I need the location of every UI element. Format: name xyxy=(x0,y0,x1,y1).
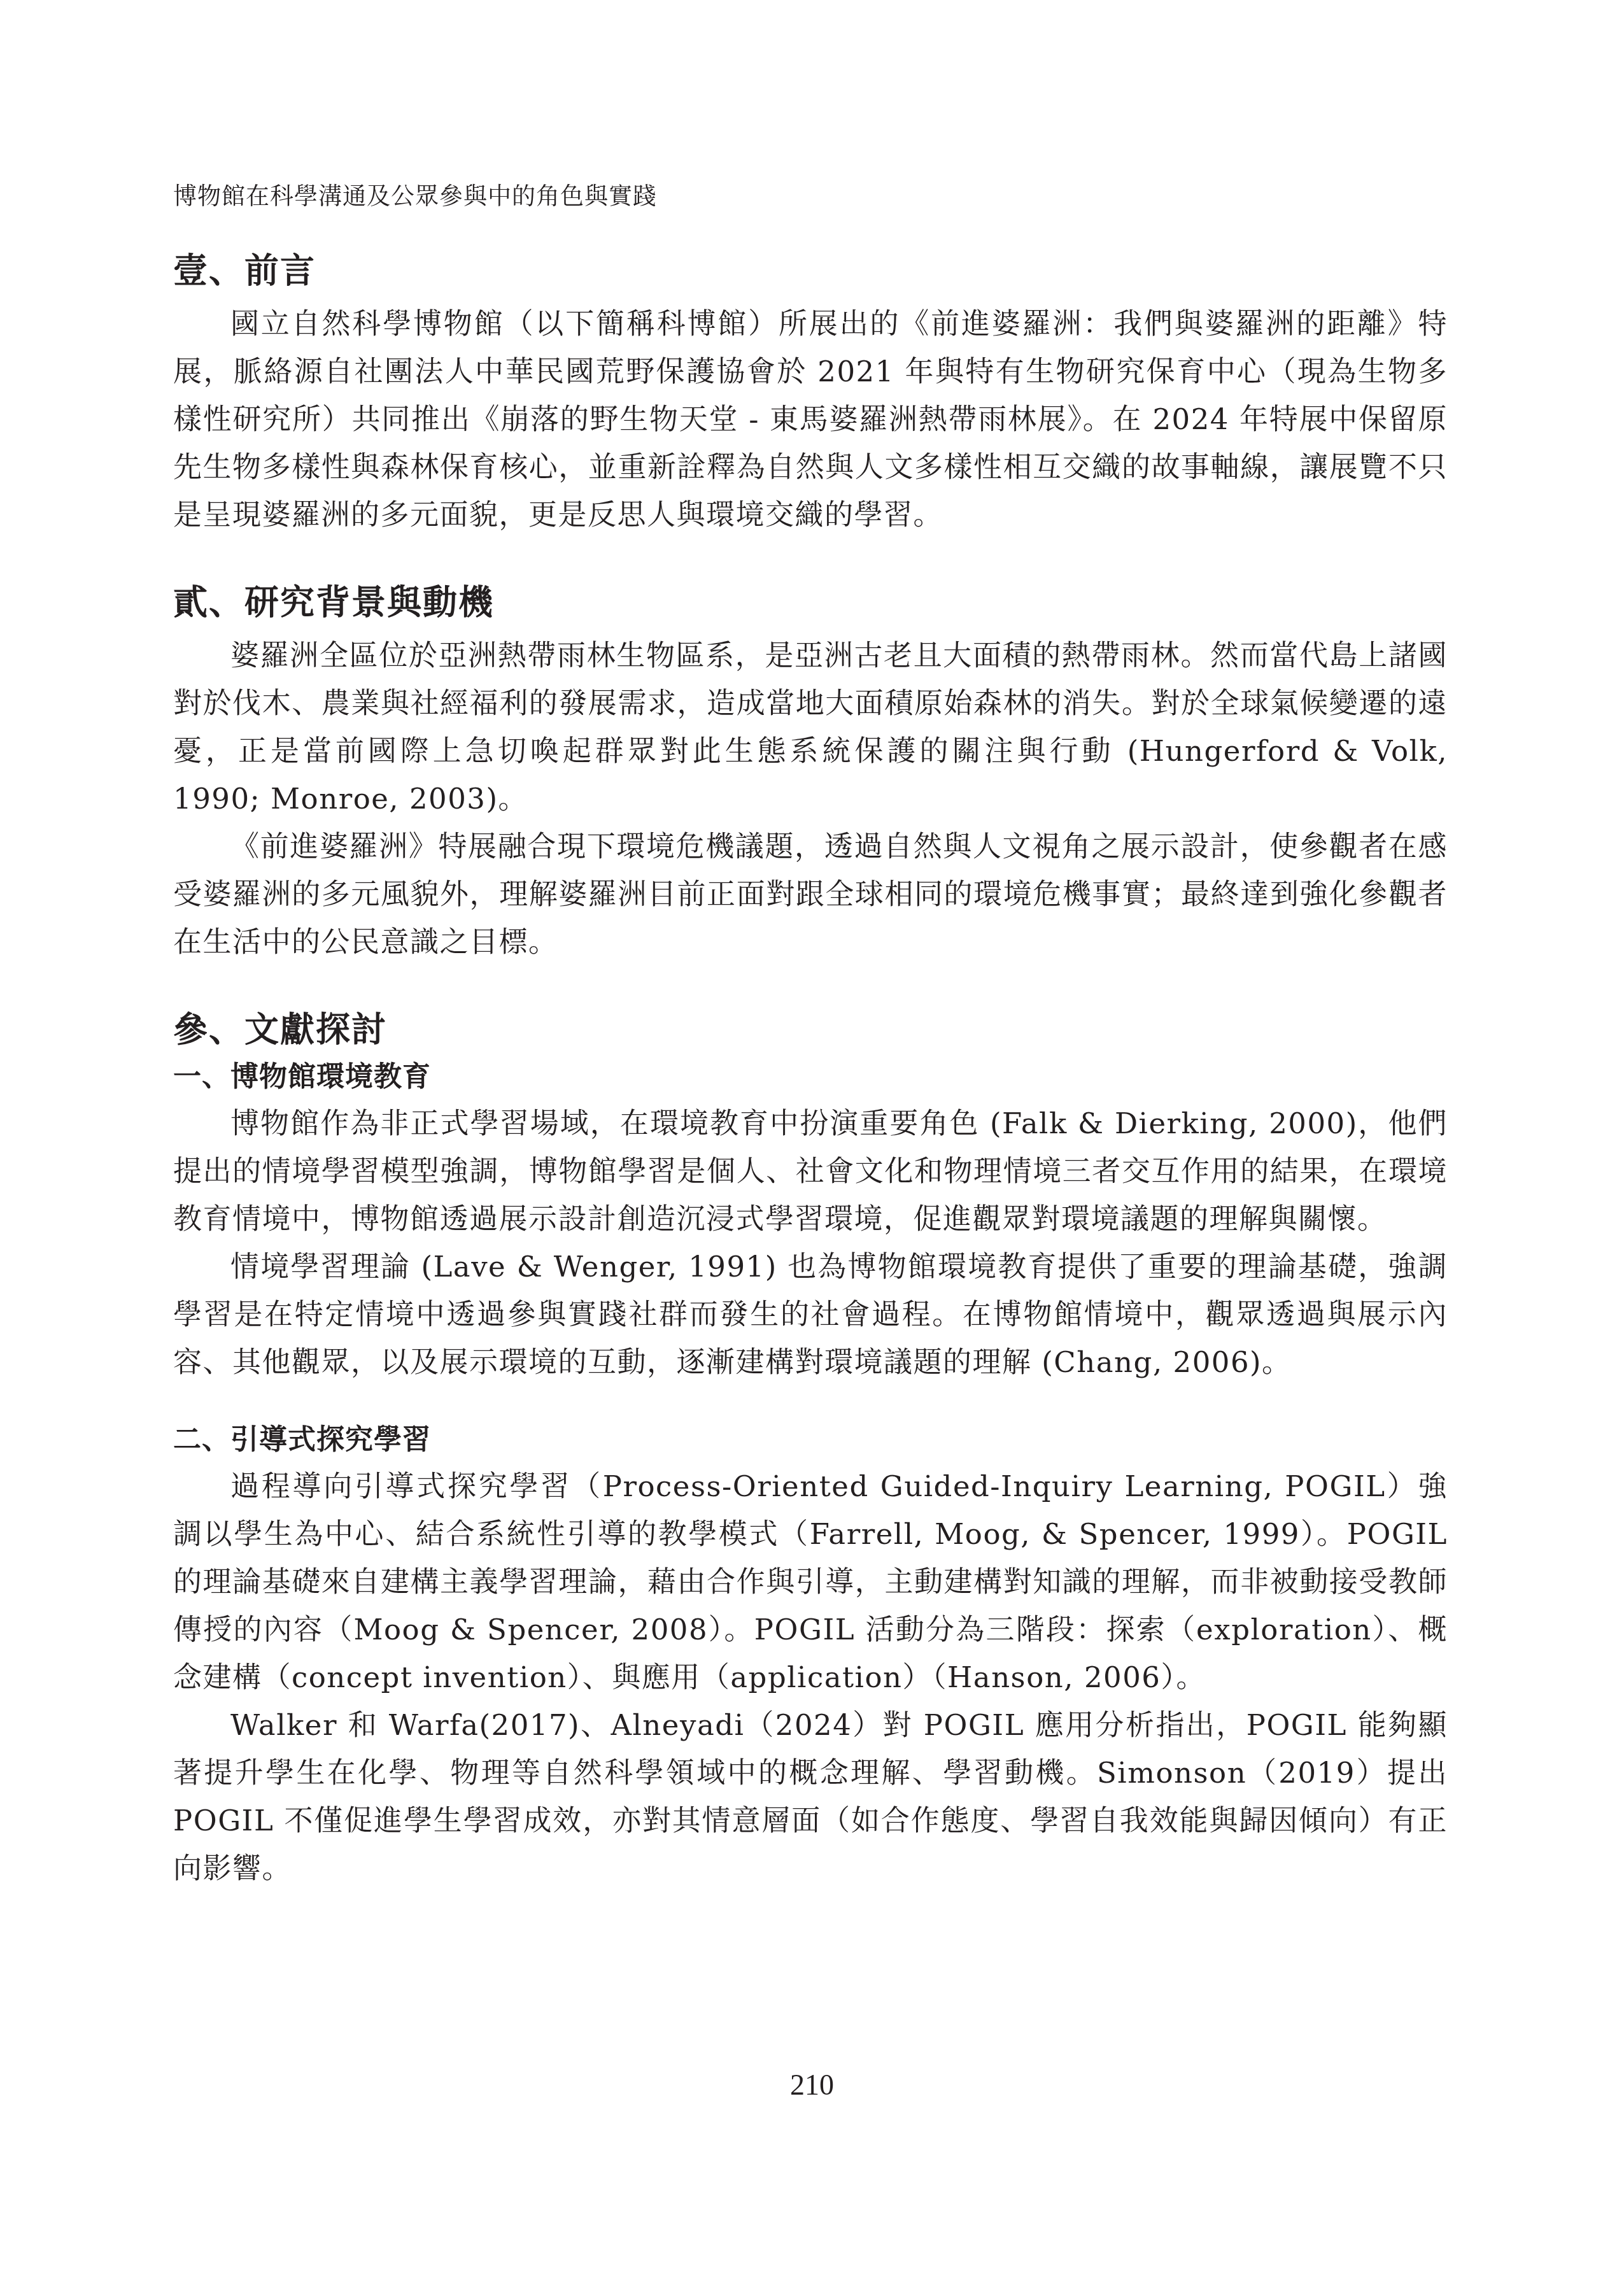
section-title-literature-review: 參、文獻探討 xyxy=(173,1004,1448,1055)
running-head: 博物館在科學溝通及公眾參與中的角色與實踐 xyxy=(173,177,657,211)
paragraph: 國立自然科學博物館（以下簡稱科博館）所展出的《前進婆羅洲：我們與婆羅洲的距離》特… xyxy=(173,300,1448,539)
section-title-background: 貳、研究背景與動機 xyxy=(173,577,1448,628)
paragraph: Walker 和 Warfa(2017)、Alneyadi（2024）對 POG… xyxy=(173,1701,1448,1892)
subsection-title-museum-env-education: 一、博物館環境教育 xyxy=(173,1055,1448,1100)
paragraph: 過程導向引導式探究學習（Process-Oriented Guided-Inqu… xyxy=(173,1462,1448,1701)
paragraph: 博物館作為非正式學習場域，在環境教育中扮演重要角色 (Falk & Dierki… xyxy=(173,1100,1448,1243)
page-number: 210 xyxy=(0,2068,1624,2102)
page-body: 壹、前言 國立自然科學博物館（以下簡稱科博館）所展出的《前進婆羅洲：我們與婆羅洲… xyxy=(173,245,1448,1892)
paragraph: 情境學習理論 (Lave & Wenger, 1991) 也為博物館環境教育提供… xyxy=(173,1243,1448,1386)
subsection-title-guided-inquiry: 二、引導式探究學習 xyxy=(173,1418,1448,1462)
paragraph: 婆羅洲全區位於亞洲熱帶雨林生物區系，是亞洲古老且大面積的熱帶雨林。然而當代島上諸… xyxy=(173,632,1448,823)
section-title-introduction: 壹、前言 xyxy=(173,245,1448,296)
paragraph: 《前進婆羅洲》特展融合現下環境危機議題，透過自然與人文視角之展示設計，使參觀者在… xyxy=(173,823,1448,966)
